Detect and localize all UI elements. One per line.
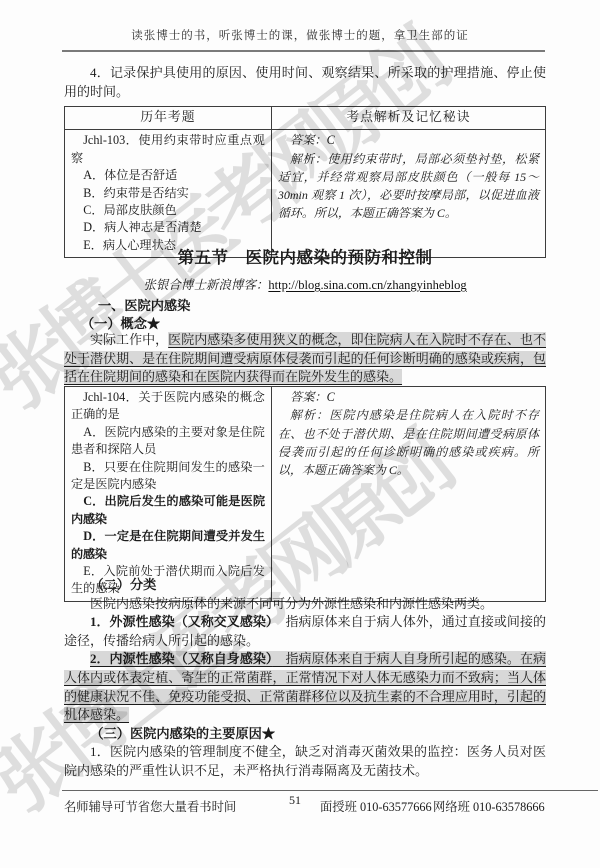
- footer-divider: [62, 790, 598, 791]
- option-a: A．医院内感染的主要对象是住院患者和探陪人员: [71, 424, 265, 459]
- blog-label: 张银合博士新浪博客：: [143, 278, 268, 292]
- textbook-page: 张博士医考网原创 张博士医考网原创 读张博士的书，听张博士的课，做张博士的题，拿…: [0, 0, 600, 868]
- heading-hospital-infection: 一、医院内感染: [64, 295, 580, 314]
- answer-line: 答案：C: [278, 132, 539, 149]
- header-divider: [62, 50, 545, 52]
- restraint-record-paragraph: 4．记录保护具使用的原因、使用时间、观察结果、所采取的护理措施、停止使用的时间。: [64, 64, 546, 101]
- blog-url-link[interactable]: http://blog.sina.com.cn/zhangyinheblog: [268, 278, 466, 292]
- answer-line: 答案：C: [278, 389, 539, 406]
- blog-line: 张银合博士新浪博客：http://blog.sina.com.cn/zhangy…: [64, 275, 546, 293]
- analysis-cell: 答案：C 解析：医院内感染是住院病人在入院时不存在、也不处于潜伏期、是在住院期间…: [271, 387, 545, 602]
- analysis-text: 解析：使用约束带时，局部必须垫衬垫，松紧适宜，并经常观察局部皮肤颜色（一般每 1…: [278, 150, 539, 223]
- option-d: D．病人神志是否清楚: [71, 219, 265, 236]
- analysis-cell: 答案：C 解析：使用约束带时，局部必须垫衬垫，松紧适宜，并经常观察局部皮肤颜色（…: [271, 130, 545, 258]
- option-c: C．出院后发生的感染可能是医院内感染: [71, 493, 265, 528]
- page-header-slogan: 读张博士的书，听张博士的课，做张博士的题，拿卫生部的证: [0, 27, 600, 43]
- option-b: B．约束带是否结实: [71, 185, 265, 202]
- question-table-jchl103: 历年考题 考点解析及记忆秘诀 Jchl-103．使用约束带时应重点观察 A．体位…: [64, 106, 546, 258]
- heading-main-causes: （三）医院内感染的主要原因★: [64, 725, 546, 744]
- exogenous-infection-item: 1．外源性感染（又称交叉感染） 指病原体来自于病人体外，通过直接或间接的途径，传…: [64, 613, 546, 650]
- question-stem: Jchl-104．关于医院内感染的概念正确的是: [71, 389, 265, 424]
- col-header-analysis-tips: 考点解析及记忆秘诀: [271, 107, 545, 130]
- table-header-row: 历年考题 考点解析及记忆秘诀: [65, 107, 546, 130]
- concept-prefix: 实际工作中，: [90, 332, 168, 347]
- endogenous-label: 2．内源性感染（又称自身感染）: [90, 651, 272, 666]
- question-table-jchl104: Jchl-104．关于医院内感染的概念正确的是 A．医院内感染的主要对象是住院患…: [64, 386, 546, 602]
- table-body-row: Jchl-103．使用约束带时应重点观察 A．体位是否舒适 B．约束带是否结实 …: [65, 130, 546, 258]
- option-a: A．体位是否舒适: [71, 167, 265, 184]
- concept-paragraph: 实际工作中，医院内感染多使用狭义的概念，即住院病人在入院时不存在、也不处于潜伏期…: [64, 331, 546, 387]
- question-cell: Jchl-103．使用约束带时应重点观察 A．体位是否舒适 B．约束带是否结实 …: [65, 130, 272, 258]
- col-header-past-questions: 历年考题: [65, 107, 272, 130]
- question-stem: Jchl-103．使用约束带时应重点观察: [71, 132, 265, 167]
- option-d: D．一定是在住院期间遭受并发生的感染: [71, 528, 265, 563]
- endogenous-infection-item: 2．内源性感染（又称自身感染） 指病原体来自于病人自身所引起的感染。在病人体内或…: [64, 650, 546, 724]
- section-title: 第五节 医院内感染的预防和控制: [64, 244, 546, 268]
- table-body-row: Jchl-104．关于医院内感染的概念正确的是 A．医院内感染的主要对象是住院患…: [65, 387, 546, 602]
- analysis-text: 解析：医院内感染是住院病人在入院时不存在、也不处于潜伏期、是在住院期间遭受病原体…: [278, 406, 539, 479]
- classification-intro: 医院内感染按病原体的来源不同可分为外源性感染和内源性感染两类。: [64, 595, 546, 614]
- question-cell: Jchl-104．关于医院内感染的概念正确的是 A．医院内感染的主要对象是住院患…: [65, 387, 272, 602]
- footer-phone-classroom: 面授班 010-63577666: [320, 797, 432, 815]
- option-b: B．只要在住院期间发生的感染一定是医院内感染: [71, 459, 265, 494]
- footer-slogan: 名师辅导可节省您大量看书时间: [64, 797, 236, 815]
- page-number: 51: [289, 793, 301, 808]
- heading-concept: （一）概念★: [64, 313, 563, 332]
- heading-classification: （二）分类: [64, 576, 546, 595]
- footer-phone-online: 网络班 010-63578666: [433, 797, 545, 815]
- cause-item-1: 1．医院内感染的管理制度不健全，缺乏对消毒灭菌效果的监控：医务人员对医院内感染的…: [64, 743, 546, 780]
- exogenous-label: 1．外源性感染（又称交叉感染）: [90, 614, 272, 629]
- option-c: C．局部皮肤颜色: [71, 202, 265, 219]
